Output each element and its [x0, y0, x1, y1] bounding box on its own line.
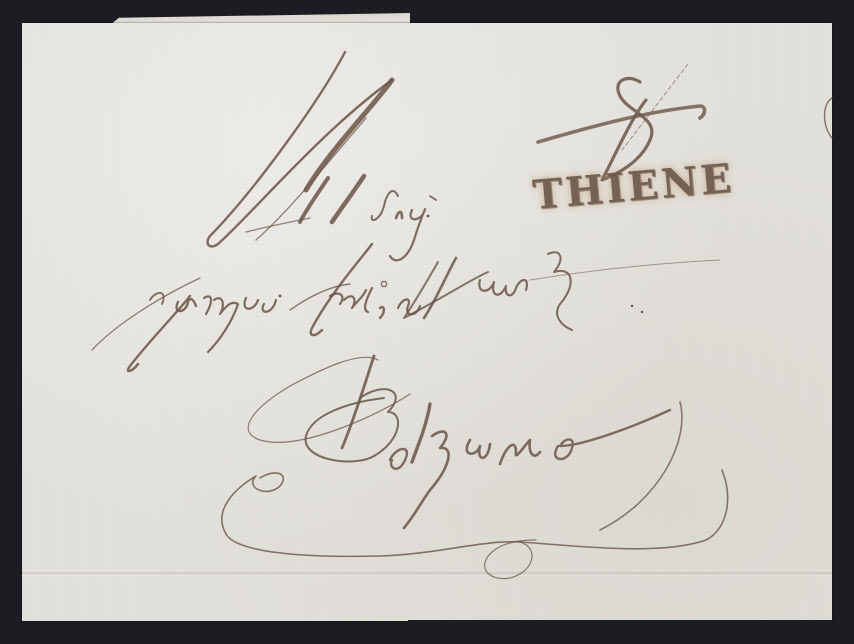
destination-script — [222, 98, 832, 579]
recipient-script — [92, 244, 720, 371]
salutation-script — [208, 52, 436, 260]
letter-photo: THIENE 8 All Sig.r Giorgio Ant.o Menz Bo… — [0, 0, 854, 644]
handwriting — [0, 0, 854, 644]
